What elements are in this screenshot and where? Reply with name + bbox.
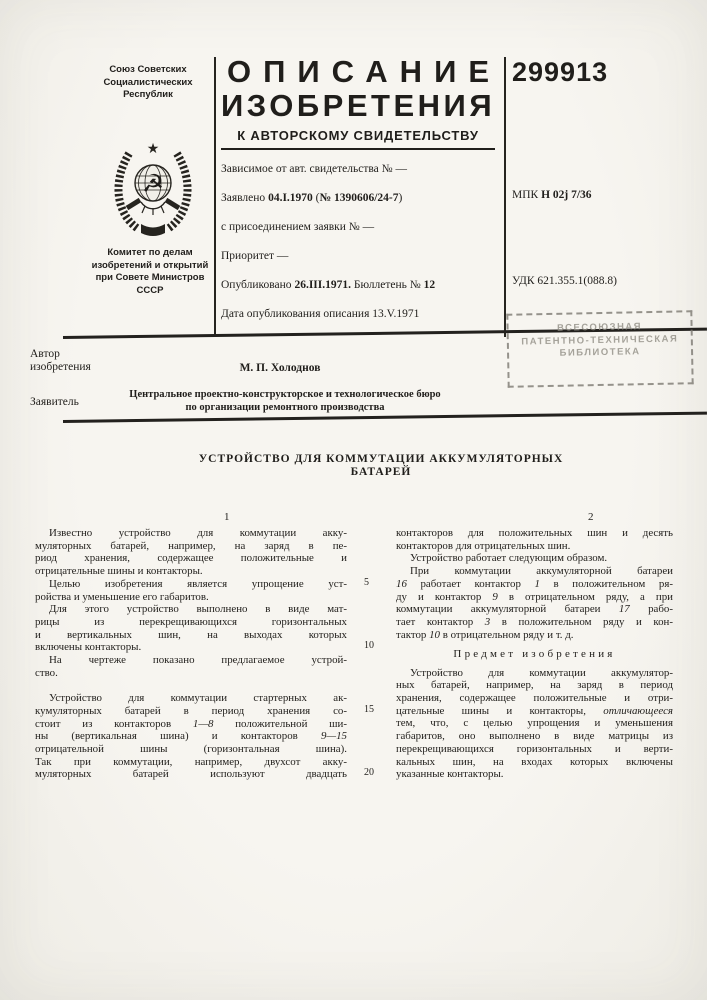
text-line: Республик [48,89,248,102]
text-line: Устройство для коммутации аккумулятор- [396,667,673,680]
text-line: 16 работает контактор 1 в положительном … [396,578,673,591]
text-line: тактор 10 в отрицательном ряду и т. д. [396,629,673,642]
text-line: УДК 621.355.1(088.8) [512,275,617,288]
text-line: УСТРОЙСТВО ДЛЯ КОММУТАЦИИ АККУМУЛЯТОРНЫХ [150,453,612,466]
text-line: рицы из перекрещивающихся горизонтальных [35,616,347,629]
text-line: отрицательной шины (горизонтальная шина)… [35,743,347,756]
text-line: хранения, содержащее положительные и отр… [396,692,673,705]
text-line: отрицательные шины и контакторы. [35,565,347,578]
gutter-line-number: 5 [364,577,388,590]
vertical-divider-left [214,57,216,337]
text-line: Опубликовано 26.III.1971. Бюллетень № 12 [221,276,501,294]
text-line: изобретения [30,361,91,374]
text-line: Союз Советских [48,64,248,77]
body-column-left: Известно устройство для коммутации акку-… [35,527,347,781]
text-line: с присоединением заявки № — [221,218,501,236]
text-line: БАТАРЕЙ [150,466,612,479]
text-line: Автор [30,348,91,361]
text-line: При коммутации аккумуляторной батареи [396,565,673,578]
text-line: Целью изобретения является упрощение уст… [35,578,347,591]
author-label: Авторизобретения [30,348,91,373]
text-line: габаритов, оно выполнено в виде матрицы … [396,730,673,743]
text-line: Для этого устройство выполнено в виде ма… [35,603,347,616]
union-name: Союз СоветскихСоциалистическихРеспублик [48,64,248,102]
text-line: по организации ремонтного производства [118,402,452,415]
text-line: перекрещивающихся горизонтальных и верти… [396,743,673,756]
text-line: На чертеже показано предлагаемое устрой- [35,654,347,667]
doc-title-line1: ОПИСАНИЕ [227,55,495,88]
text-line: указанные контакторы. [396,768,673,781]
mpk-classification: МПК Н 02j 7/36 [512,189,592,202]
text-line: контакторов для отрицательных шин. [396,540,673,553]
text-line: тает контактор 3 в положительном ряду и … [396,616,673,629]
text-line: ны (вертикальная шина) и контакторов 9—1… [35,730,347,743]
text-line: Известно устройство для коммутации акку- [35,527,347,540]
text-line [35,679,347,692]
text-line: риод хранения, содержащее положительные … [35,552,347,565]
text-line: муляторных батарей используют двадцать [35,768,347,781]
filing-meta-rows: Зависимое от авт. свидетельства № —Заявл… [221,160,501,334]
text-line: цательные шины и контакторы, отличающеес… [396,705,673,718]
document-number: 299913 [512,57,608,88]
text-line: и вертикальных шин, на выходах которых [35,629,347,642]
gutter-line-number: 15 [364,704,388,717]
text-line: стоит из контакторов 1—8 положительной ш… [35,718,347,731]
text-line: ройства и уменьшение его габаритов. [35,591,347,604]
text-line: МПК Н 02j 7/36 [512,189,592,202]
text-line: Зависимое от авт. свидетельства № — [221,160,501,178]
text-line: Социалистических [48,77,248,90]
text-line: ных батарей, например, на заряд в период [396,679,673,692]
doc-subtitle: К АВТОРСКОМУ СВИДЕТЕЛЬСТВУ [221,128,495,150]
star-icon: ★ [147,141,160,157]
doc-title-line2: ИЗОБРЕТЕНИЯ [221,89,495,122]
text-line: Центральное проектно-конструкторское и т… [118,389,452,402]
patent-page: Союз СоветскихСоциалистическихРеспублик … [0,0,707,1000]
column-number-1: 1 [224,511,230,523]
text-line: Предмет изобретения [396,641,673,666]
author-name: М. П. Холоднов [150,362,410,374]
text-line: тем, что, с целью упрощения и уменьшения [396,717,673,730]
text-line: коммутации аккумуляторной батареи 17 раб… [396,603,673,616]
gutter-line-number: 10 [364,640,388,653]
applicant-name: Центральное проектно-конструкторское и т… [118,389,452,414]
text-line: Устройство работает следующим образом. [396,552,673,565]
text-line: Заявлено 04.I.1970 (№ 1390606/24-7) [221,189,501,207]
text-line: муляторных батарей, например, на заряд в… [35,540,347,553]
gutter-line-number: 20 [364,767,388,780]
text-line: Дата опубликования описания 13.V.1971 [221,305,501,323]
ussr-coat-of-arms-icon: ★ ☭ [97,136,209,238]
text-line: кумуляторных батарей в период хранения с… [35,705,347,718]
text-line: Устройство для коммутации стартерных ак- [35,692,347,705]
column-number-2: 2 [588,511,594,523]
text-line: кальных шин, на входах которых включены [396,756,673,769]
document-type-title: ОПИСАНИЕ ИЗОБРЕТЕНИЯ К АВТОРСКОМУ СВИДЕТ… [221,55,495,150]
text-line: контакторов для положительных шин и деся… [396,527,673,540]
text-line: Так при коммутации, например, двухсот ак… [35,756,347,769]
applicant-label: Заявитель [30,396,79,408]
hammer-sickle-icon: ☭ [142,169,164,198]
library-stamp: ВСЕСОЮЗНАЯПАТЕНТНО-ТЕХНИЧЕСКАЯБИБЛИОТЕКА [506,310,693,388]
udk-classification: УДК 621.355.1(088.8) [512,275,617,288]
text-line: ство. [35,667,347,680]
invention-title: УСТРОЙСТВО ДЛЯ КОММУТАЦИИ АККУМУЛЯТОРНЫХ… [150,453,612,478]
text-line: включены контакторы. [35,641,347,654]
text-line: ду и контактор 9 в отрицательном ряду, а… [396,591,673,604]
text-line: Приоритет — [221,247,501,265]
vertical-divider-right [504,57,506,337]
body-column-right: 5 10 15 20 контакторов для положительных… [396,527,673,781]
